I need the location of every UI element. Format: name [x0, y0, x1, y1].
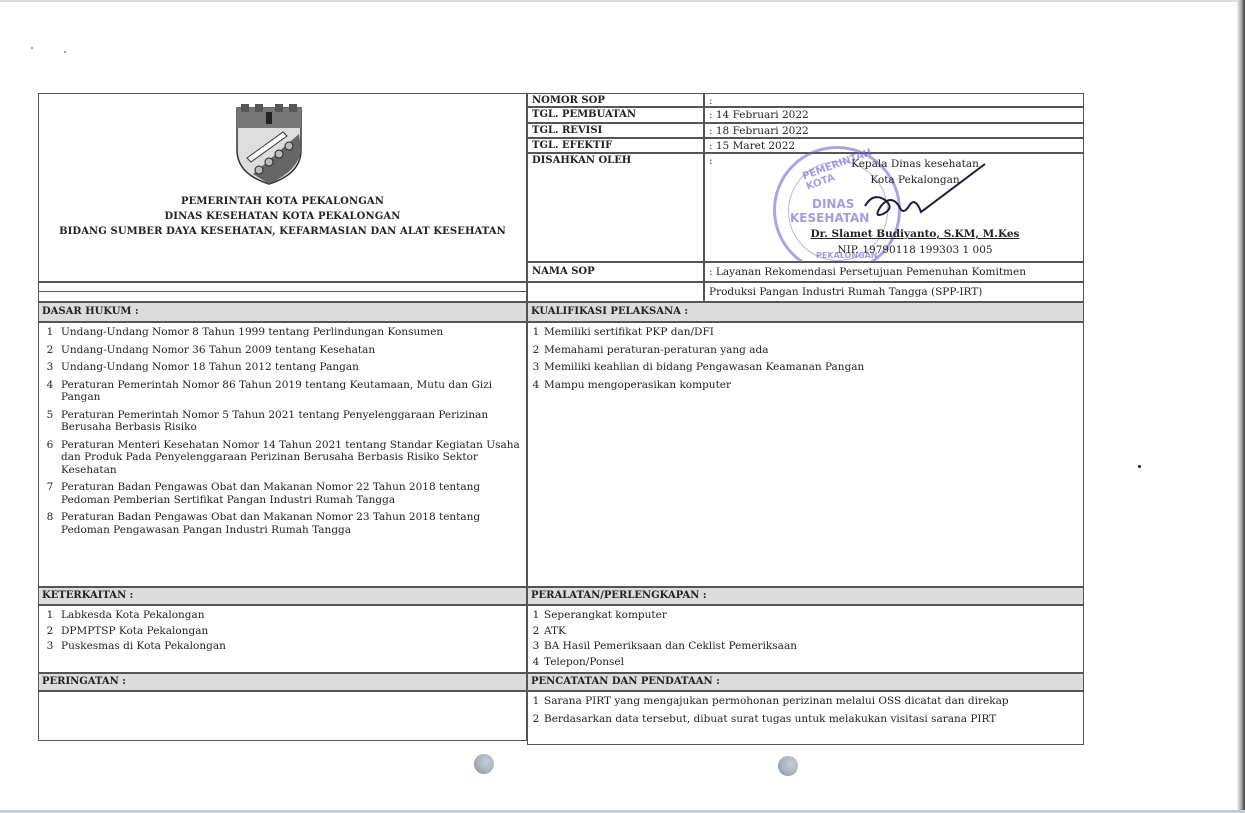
- scan-speck: [31, 47, 33, 49]
- list-item-text: Memahami peraturan-peraturan yang ada: [544, 344, 1083, 357]
- org-line-division: BIDANG SUMBER DAYA KESEHATAN, KEFARMASIA…: [39, 224, 526, 239]
- list-item: 2Undang-Undang Nomor 36 Tahun 2009 tenta…: [39, 344, 526, 357]
- section-body-kualifikasi: 1Memiliki sertifikat PKP dan/DFI2Memaham…: [527, 322, 1084, 587]
- approver-name: Dr. Slamet Budiyanto, S.KM, M.Kes: [795, 228, 1035, 240]
- label-tgl-pembuatan: TGL. PEMBUATAN: [527, 107, 704, 123]
- list-item: 1Labkesda Kota Pekalongan: [39, 609, 526, 622]
- list-item-text: Peraturan Pemerintah Nomor 5 Tahun 2021 …: [61, 409, 526, 434]
- list-item-number: 2: [528, 625, 544, 638]
- list-item-text: BA Hasil Pemeriksaan dan Ceklist Pemerik…: [544, 640, 1083, 653]
- section-body-peralatan: 1Seperangkat komputer2ATK3BA Hasil Pemer…: [527, 605, 1084, 673]
- list-item-text: Undang-Undang Nomor 36 Tahun 2009 tentan…: [61, 344, 526, 357]
- list-item-text: Memiliki sertifikat PKP dan/DFI: [544, 326, 1083, 339]
- approval-block: : PEMERINTAH KOTA DINAS KESEHATAN PEKALO…: [704, 153, 1084, 262]
- list-item-text: Puskesmas di Kota Pekalongan: [61, 640, 526, 653]
- list-item-number: 5: [39, 409, 61, 434]
- section-body-peringatan: [38, 691, 527, 741]
- list-item-text: Telepon/Ponsel: [544, 656, 1083, 669]
- list-item: 7Peraturan Badan Pengawas Obat dan Makan…: [39, 481, 526, 506]
- list-item-text: Mampu mengoperasikan komputer: [544, 379, 1083, 392]
- label-tgl-efektif: TGL. EFEKTIF: [527, 138, 704, 153]
- list-item: 2DPMPTSP Kota Pekalongan: [39, 625, 526, 638]
- list-item: 1Undang-Undang Nomor 8 Tahun 1999 tentan…: [39, 326, 526, 339]
- list-item-text: Peraturan Badan Pengawas Obat dan Makana…: [61, 481, 526, 506]
- list-item-number: 2: [528, 713, 544, 726]
- binder-hole-icon: [778, 756, 798, 776]
- section-title-keterkaitan: KETERKAITAN :: [38, 587, 527, 605]
- city-coat-of-arms-icon: [233, 104, 305, 186]
- list-item: 2Berdasarkan data tersebut, dibuat surat…: [528, 713, 1083, 726]
- scan-speck: [1138, 465, 1141, 468]
- scan-top-edge: [0, 0, 1245, 2]
- list-item-text: ATK: [544, 625, 1083, 638]
- list-item: 3Undang-Undang Nomor 18 Tahun 2012 tenta…: [39, 361, 526, 374]
- value-nama-sop-line1: : Layanan Rekomendasi Persetujuan Pemenu…: [704, 262, 1084, 282]
- list-item-text: Peraturan Pemerintah Nomor 86 Tahun 2019…: [61, 379, 526, 404]
- approval-colon: :: [705, 154, 717, 168]
- list-item: 6Peraturan Menteri Kesehatan Nomor 14 Ta…: [39, 439, 526, 477]
- peralatan-list: 1Seperangkat komputer2ATK3BA Hasil Pemer…: [528, 606, 1083, 668]
- list-item: 2Memahami peraturan-peraturan yang ada: [528, 344, 1083, 357]
- kualifikasi-list: 1Memiliki sertifikat PKP dan/DFI2Memaham…: [528, 323, 1083, 391]
- approver-nip: NIP. 19790118 199303 1 005: [795, 244, 1035, 256]
- org-line-agency: DINAS KESEHATAN KOTA PEKALONGAN: [39, 209, 526, 224]
- list-item-number: 6: [39, 439, 61, 477]
- list-item-text: Peraturan Badan Pengawas Obat dan Makana…: [61, 511, 526, 536]
- list-item-number: 2: [39, 625, 61, 638]
- list-item-number: 7: [39, 481, 61, 506]
- org-line-government: PEMERINTAH KOTA PEKALONGAN: [39, 194, 526, 209]
- section-title-dasar-hukum: DASAR HUKUM :: [38, 302, 527, 322]
- signature-icon: [855, 162, 995, 228]
- list-item: 2ATK: [528, 625, 1083, 638]
- section-body-keterkaitan: 1Labkesda Kota Pekalongan2DPMPTSP Kota P…: [38, 605, 527, 673]
- binder-hole-icon: [474, 754, 494, 774]
- list-item-text: Labkesda Kota Pekalongan: [61, 609, 526, 622]
- list-item-number: 3: [39, 361, 61, 374]
- header-spacer-cell: [38, 282, 527, 292]
- section-title-pencatatan: PENCATATAN DAN PENDATAAN :: [527, 673, 1084, 691]
- list-item-text: DPMPTSP Kota Pekalongan: [61, 625, 526, 638]
- dasar-hukum-list: 1Undang-Undang Nomor 8 Tahun 1999 tentan…: [39, 323, 526, 536]
- list-item-text: Undang-Undang Nomor 8 Tahun 1999 tentang…: [61, 326, 526, 339]
- list-item: 1Seperangkat komputer: [528, 609, 1083, 622]
- list-item-number: 4: [528, 656, 544, 669]
- list-item-number: 2: [528, 344, 544, 357]
- list-item-number: 3: [528, 361, 544, 374]
- list-item-number: 1: [528, 326, 544, 339]
- label-disahkan-oleh: DISAHKAN OLEH: [527, 153, 704, 262]
- list-item-number: 1: [528, 695, 544, 708]
- list-item-text: Sarana PIRT yang mengajukan permohonan p…: [544, 695, 1083, 708]
- header-left-gap: [38, 292, 527, 302]
- label-tgl-revisi: TGL. REVISI: [527, 123, 704, 138]
- value-tgl-pembuatan: : 14 Februari 2022: [704, 107, 1084, 123]
- scan-speck: [64, 51, 66, 53]
- list-item: 3Puskesmas di Kota Pekalongan: [39, 640, 526, 653]
- section-body-dasar-hukum: 1Undang-Undang Nomor 8 Tahun 1999 tentan…: [38, 322, 527, 587]
- value-nama-sop-line2: Produksi Pangan Industri Rumah Tangga (S…: [704, 282, 1084, 302]
- peringatan-list: [39, 692, 526, 695]
- list-item-number: 1: [39, 609, 61, 622]
- list-item-text: Undang-Undang Nomor 18 Tahun 2012 tentan…: [61, 361, 526, 374]
- list-item-number: 1: [39, 326, 61, 339]
- list-item: 1Memiliki sertifikat PKP dan/DFI: [528, 326, 1083, 339]
- value-nomor-sop: :: [704, 93, 1084, 107]
- list-item-text: Berdasarkan data tersebut, dibuat surat …: [544, 713, 1083, 726]
- list-item: 4Peraturan Pemerintah Nomor 86 Tahun 201…: [39, 379, 526, 404]
- list-item-number: 1: [528, 609, 544, 622]
- nama-sop-spacer: [527, 282, 704, 302]
- section-body-pencatatan: 1Sarana PIRT yang mengajukan permohonan …: [527, 691, 1084, 745]
- list-item: 5Peraturan Pemerintah Nomor 5 Tahun 2021…: [39, 409, 526, 434]
- section-title-peringatan: PERINGATAN :: [38, 673, 527, 691]
- list-item-text: Memiliki keahlian di bidang Pengawasan K…: [544, 361, 1083, 374]
- list-item: 3BA Hasil Pemeriksaan dan Ceklist Pemeri…: [528, 640, 1083, 653]
- list-item-number: 2: [39, 344, 61, 357]
- list-item-text: Peraturan Menteri Kesehatan Nomor 14 Tah…: [61, 439, 526, 477]
- list-item-number: 4: [528, 379, 544, 392]
- label-nomor-sop: NOMOR SOP: [527, 93, 704, 107]
- org-name-block: PEMERINTAH KOTA PEKALONGAN DINAS KESEHAT…: [39, 194, 526, 239]
- list-item-number: 3: [39, 640, 61, 653]
- list-item: 1Sarana PIRT yang mengajukan permohonan …: [528, 695, 1083, 708]
- list-item-number: 4: [39, 379, 61, 404]
- list-item: 4Telepon/Ponsel: [528, 656, 1083, 669]
- list-item: 3Memiliki keahlian di bidang Pengawasan …: [528, 361, 1083, 374]
- scan-right-edge: [1237, 0, 1245, 813]
- pencatatan-list: 1Sarana PIRT yang mengajukan permohonan …: [528, 692, 1083, 725]
- keterkaitan-list: 1Labkesda Kota Pekalongan2DPMPTSP Kota P…: [39, 606, 526, 653]
- section-title-peralatan: PERALATAN/PERLENGKAPAN :: [527, 587, 1084, 605]
- list-item-text: Seperangkat komputer: [544, 609, 1083, 622]
- header-org-block: PEMERINTAH KOTA PEKALONGAN DINAS KESEHAT…: [38, 93, 527, 282]
- list-item-number: 8: [39, 511, 61, 536]
- section-title-kualifikasi: KUALIFIKASI PELAKSANA :: [527, 302, 1084, 322]
- list-item-number: 3: [528, 640, 544, 653]
- list-item: 4Mampu mengoperasikan komputer: [528, 379, 1083, 392]
- list-item: 8Peraturan Badan Pengawas Obat dan Makan…: [39, 511, 526, 536]
- value-tgl-revisi: : 18 Februari 2022: [704, 123, 1084, 138]
- label-nama-sop: NAMA SOP: [527, 262, 704, 282]
